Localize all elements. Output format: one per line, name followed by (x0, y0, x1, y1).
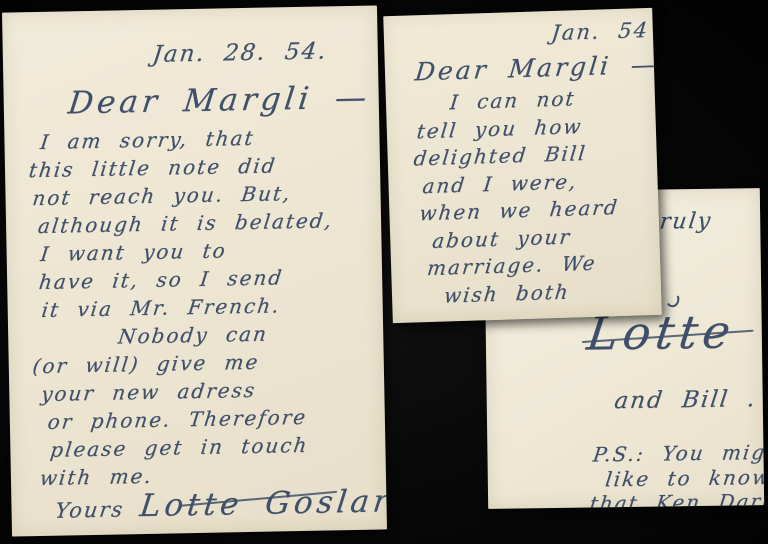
letter1-date: Jan. 28. 54. (151, 38, 361, 68)
letter-page-1: Jan. 28. 54. Dear Margli — — I am sorry,… (2, 5, 387, 536)
letter1-signature: Lotte Goslar (138, 483, 387, 524)
letter2-body: I can not tell you how delighted Bill an… (402, 83, 650, 310)
letter1-closing-row: Yours Lotte Goslar (53, 483, 387, 525)
letter2-salutation: Dear Margli — . (413, 50, 645, 86)
letter2-line: wish both (442, 275, 652, 309)
letter3-signature-line: and Bill . (613, 386, 758, 414)
letter3-postscript-line: P.S.: You might (592, 440, 765, 467)
letter3-postscript-line: that Ken Darby (588, 489, 764, 509)
letter2-date: Jan. 54 (550, 18, 644, 45)
photo-background: Jan. 28. 54. Dear Margli — — I am sorry,… (0, 0, 768, 544)
letter1-salutation: Dear Margli — — (66, 80, 363, 122)
letter-page-2: Jan. 54 Dear Margli — . I can not tell y… (383, 8, 662, 323)
letter3-postscript-line: like to know (604, 465, 764, 491)
letter1-closing-word: Yours (54, 497, 126, 522)
letter1-body: I am sorry, that this little note did no… (26, 122, 366, 492)
